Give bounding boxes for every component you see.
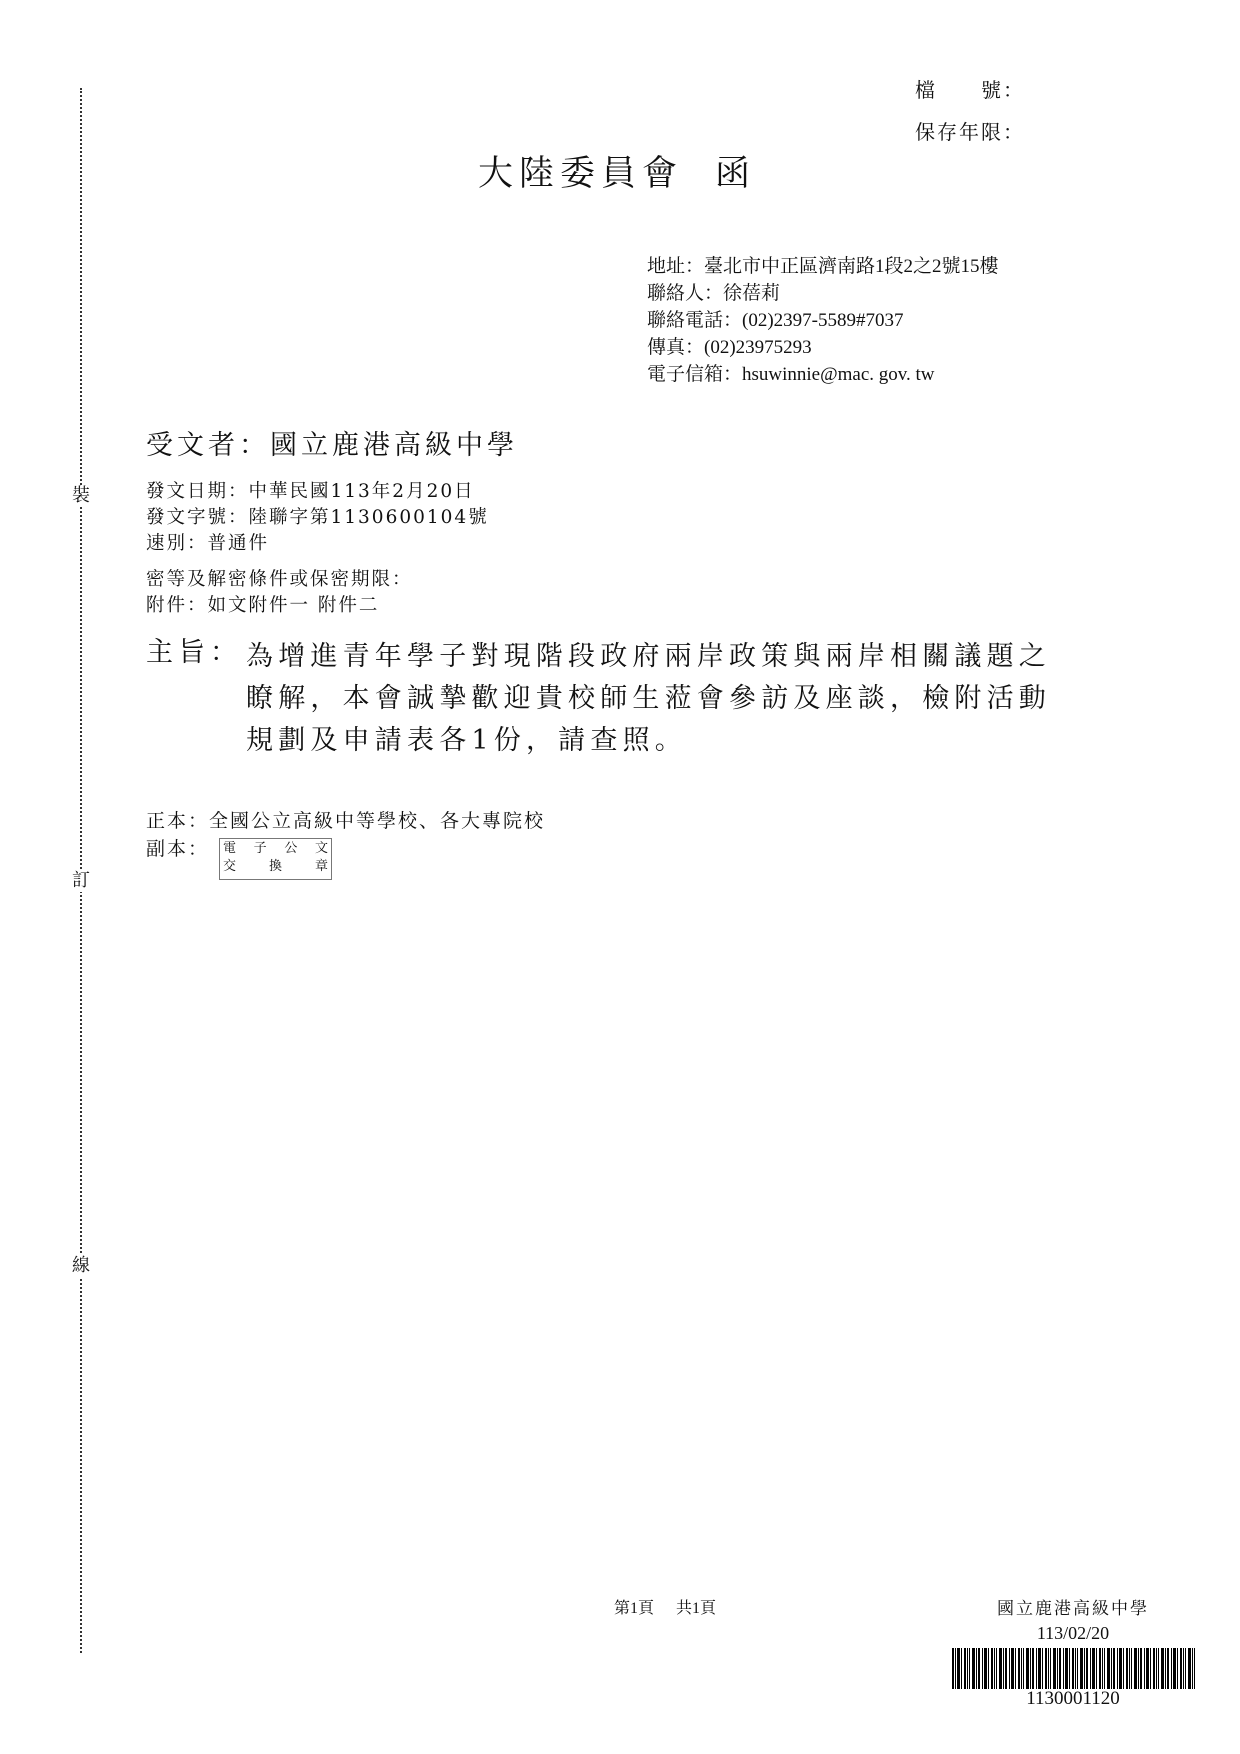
barcode-icon: [952, 1648, 1195, 1689]
original-recipients: 正本：全國公立高級中等學校、各大專院校: [146, 806, 545, 833]
file-number-label: 檔 號：: [915, 74, 1025, 103]
issue-number: 發文字號：陸聯字第1130600104號: [146, 505, 489, 531]
binding-mark-zhuang: 裝: [70, 485, 92, 507]
stamp-char: 電: [223, 840, 236, 858]
attachments: 附件：如文附件一 附件二: [146, 593, 379, 619]
receipt-school: 國立鹿港高級中學: [948, 1598, 1198, 1620]
binding-mark-xian: 線: [70, 1255, 92, 1277]
contact-fax: 傳真：(02)23975293: [647, 334, 812, 361]
page-indicator: 第1頁共1頁: [614, 1595, 716, 1618]
copy-label: 副本：: [146, 834, 209, 861]
stamp-char: 子: [254, 840, 267, 858]
stamp-char: 公: [284, 840, 297, 858]
stamp-char: 文: [315, 840, 328, 858]
receipt-stamp: 國立鹿港高級中學 113/02/20 1130001120: [948, 1598, 1198, 1709]
receipt-code: 1130001120: [948, 1689, 1198, 1709]
stamp-char: 換: [269, 858, 282, 876]
contact-address: 地址：臺北市中正區濟南路1段2之2號15樓: [647, 253, 999, 280]
page-total: 共1頁: [676, 1600, 716, 1617]
subject-line-1: 為增進青年學子對現階段政府兩岸政策與兩岸相關議題之: [246, 634, 1051, 673]
stamp-char: 交: [223, 858, 236, 876]
agency-name: 大陸委員會: [478, 154, 683, 194]
subject-label: 主旨：: [146, 634, 242, 672]
contact-person: 聯絡人：徐蓓莉: [647, 280, 780, 307]
electronic-exchange-stamp: 電 子 公 文 交 換 章: [219, 838, 332, 880]
classification: 密等及解密條件或保密期限：: [146, 567, 413, 593]
delivery-speed: 速別：普通件: [146, 531, 269, 557]
document-type: 函: [715, 154, 756, 194]
contact-phone: 聯絡電話：(02)2397-5589#7037: [647, 307, 903, 334]
retention-period-label: 保存年限：: [915, 116, 1025, 145]
recipient: 受文者：國立鹿港高級中學: [146, 423, 518, 462]
stamp-char: 章: [315, 858, 328, 876]
page-current: 第1頁: [614, 1600, 654, 1617]
issue-date: 發文日期：中華民國113年2月20日: [146, 479, 475, 505]
receipt-date: 113/02/20: [948, 1622, 1198, 1644]
subject-line-3: 規劃及申請表各1份，請查照。: [246, 718, 687, 757]
subject-line-2: 瞭解，本會誠摯歡迎貴校師生蒞會參訪及座談，檢附活動: [246, 676, 1051, 715]
contact-email: 電子信箱：hsuwinnie@mac. gov. tw: [647, 361, 935, 388]
document-title: 大陸委員會函: [478, 146, 756, 196]
binding-mark-ding: 訂: [70, 870, 92, 892]
